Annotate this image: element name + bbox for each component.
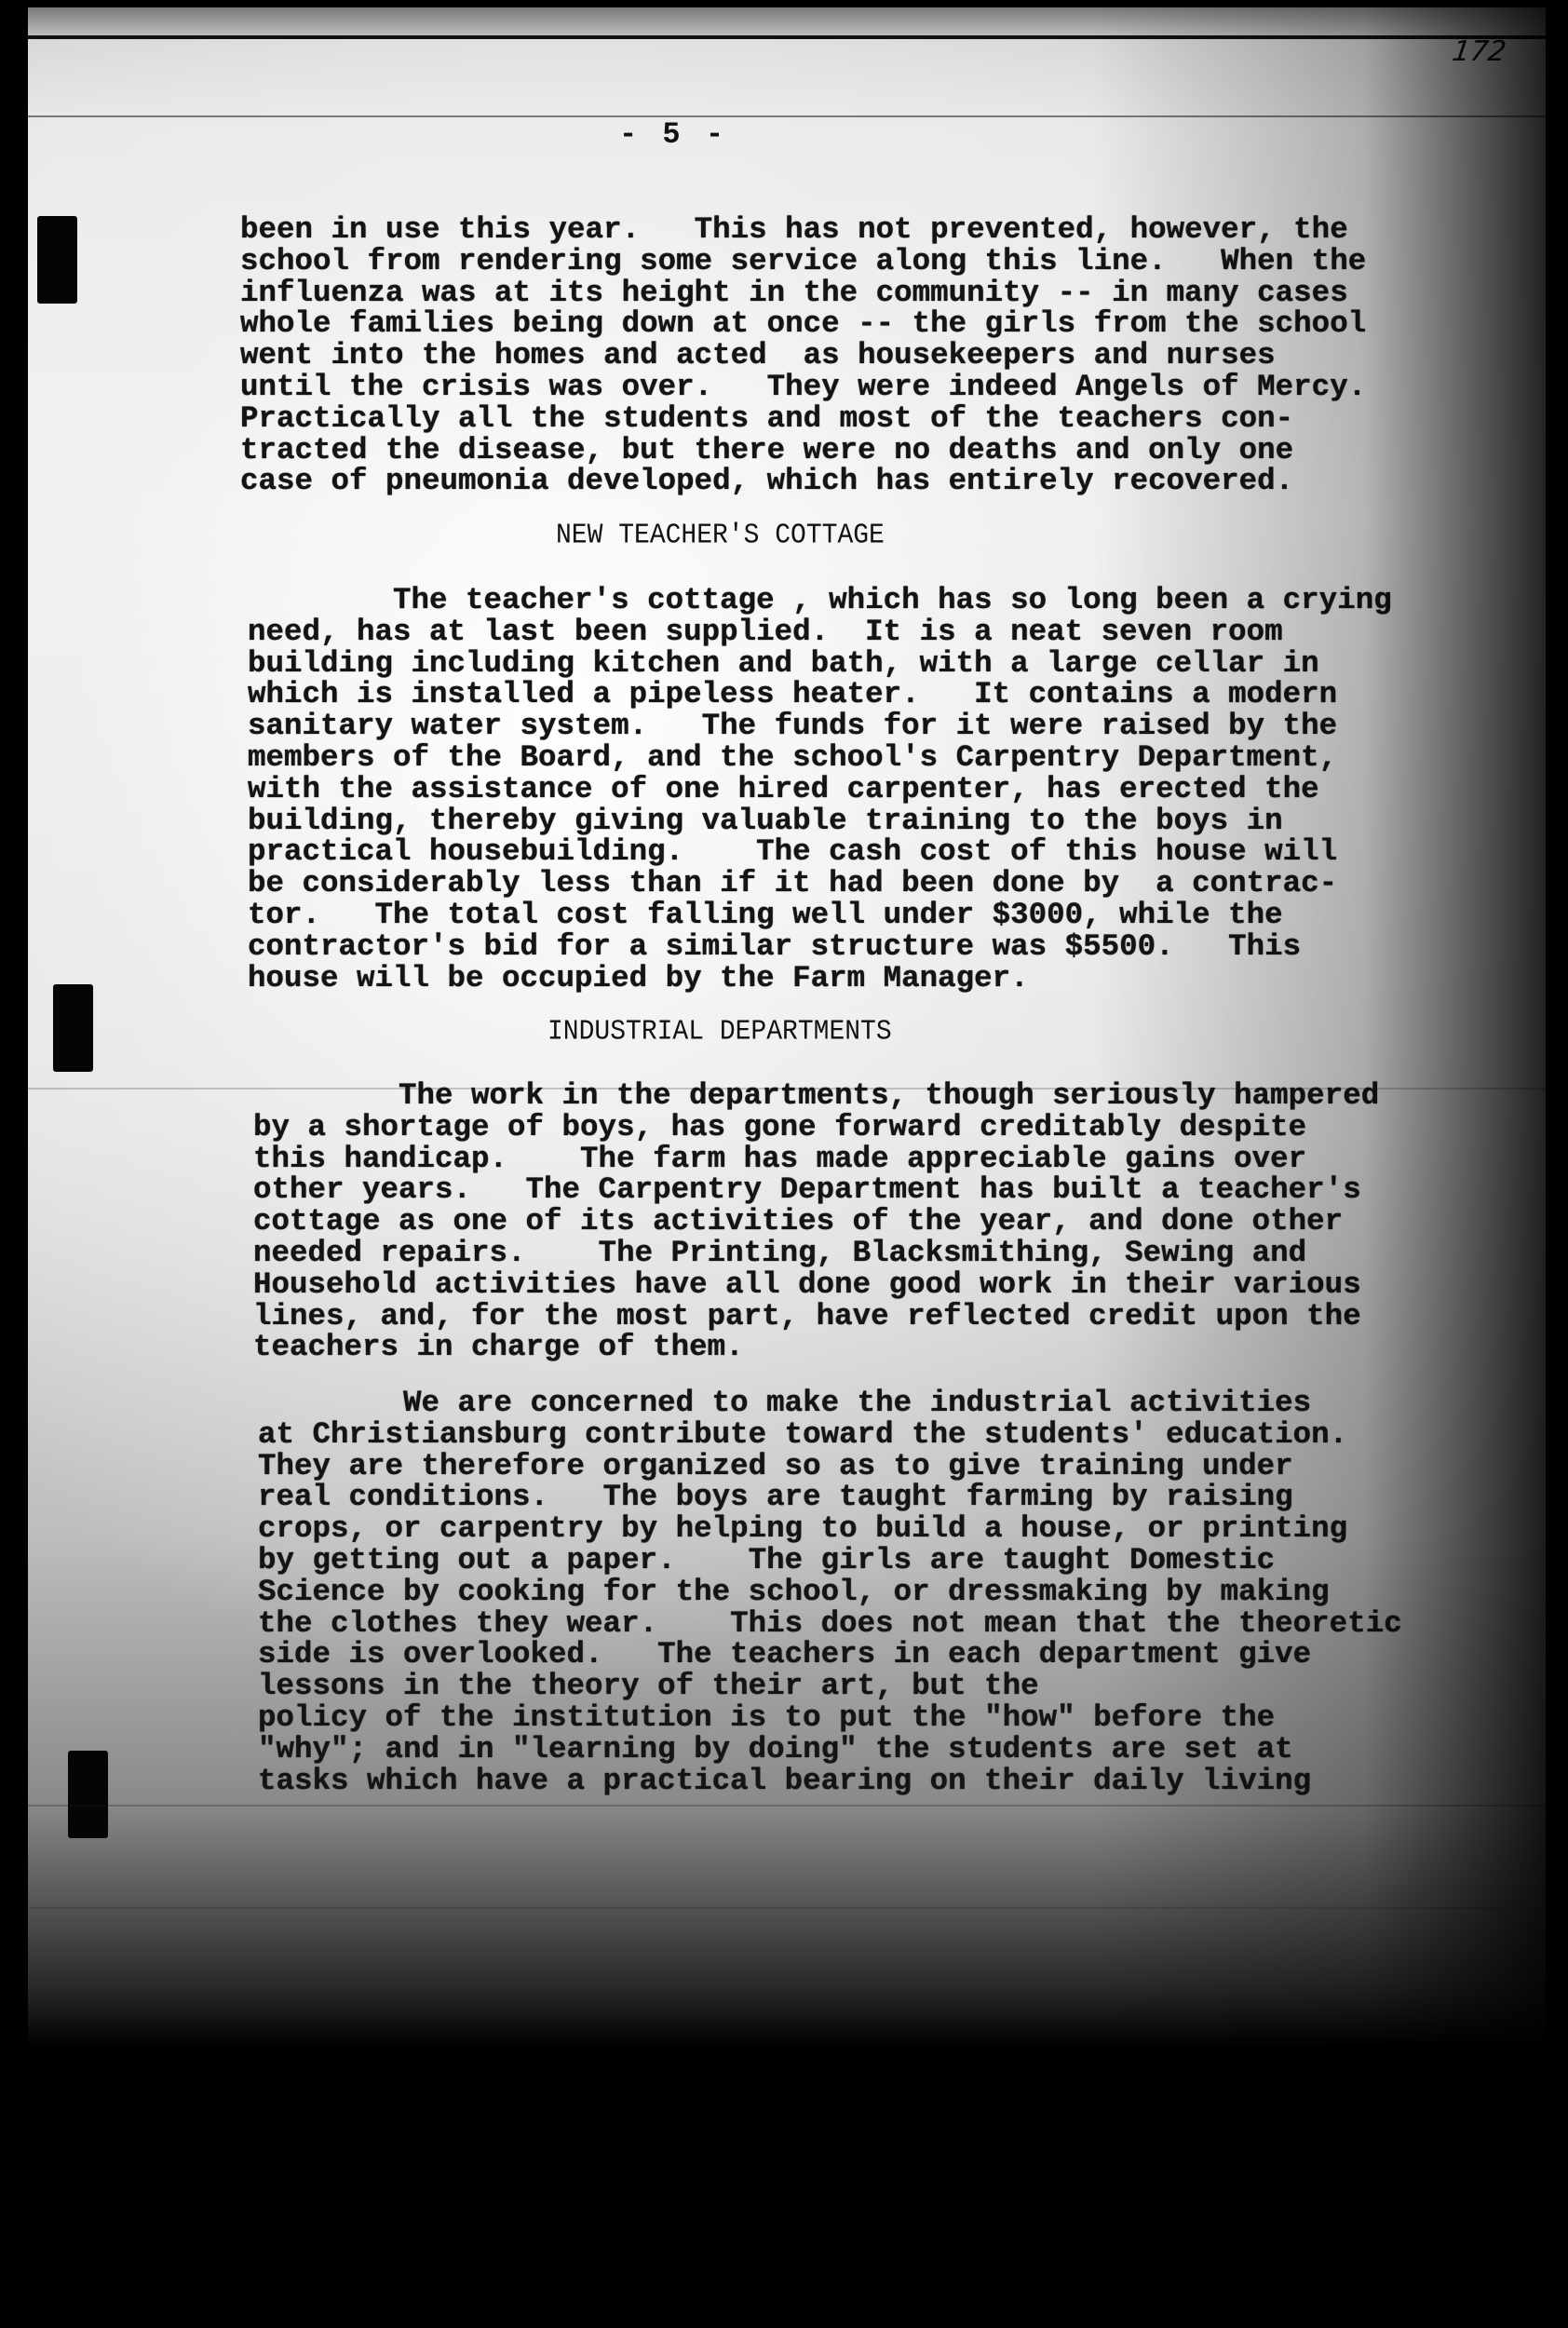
text-line: members of the Board, and the school's C… [248, 742, 1392, 774]
scan-line [28, 115, 1546, 117]
text-line: house will be occupied by the Farm Manag… [248, 963, 1392, 995]
text-line: this handicap. The farm has made appreci… [253, 1144, 1379, 1175]
text-line: cottage as one of its activities of the … [253, 1206, 1379, 1238]
paragraph-industrial-1: The work in the departments, though seri… [253, 1080, 1379, 1363]
text-line: We are concerned to make the industrial … [258, 1387, 1402, 1419]
text-line: needed repairs. The Printing, Blacksmith… [253, 1238, 1379, 1269]
text-line: crops, or carpentry by helping to build … [258, 1513, 1402, 1545]
top-edge-line [28, 35, 1546, 39]
text-line: which is installed a pipeless heater. It… [248, 679, 1392, 711]
text-line: They are therefore organized so as to gi… [258, 1451, 1402, 1482]
text-line: Practically all the students and most of… [240, 403, 1366, 435]
text-line: by getting out a paper. The girls are ta… [258, 1545, 1402, 1577]
text-line: The work in the departments, though seri… [253, 1080, 1379, 1112]
paragraph-cottage: The teacher's cottage , which has so lon… [248, 585, 1392, 994]
text-line: be considerably less than if it had been… [248, 868, 1392, 900]
text-line: The teacher's cottage , which has so lon… [248, 585, 1392, 616]
text-line: practical housebuilding. The cash cost o… [248, 836, 1392, 868]
text-line: Household activities have all done good … [253, 1269, 1379, 1301]
text-line: lessons in the theory of their art, but … [258, 1671, 1402, 1702]
paragraph-intro: been in use this year. This has not prev… [240, 214, 1366, 497]
scan-line [28, 1088, 1546, 1090]
text-line: tracted the disease, but there were no d… [240, 435, 1366, 467]
text-line: until the crisis was over. They were ind… [240, 372, 1366, 403]
text-line: contractor's bid for a similar structure… [248, 931, 1392, 963]
scan-line [28, 1907, 1546, 1909]
section-heading-new-teachers-cottage: NEW TEACHER'S COTTAGE [556, 520, 885, 551]
binder-hole-mark-2 [53, 984, 93, 1072]
text-line: by a shortage of boys, has gone forward … [253, 1112, 1379, 1144]
text-line: influenza was at its height in the commu… [240, 277, 1366, 309]
text-line: building including kitchen and bath, wit… [248, 648, 1392, 680]
scanned-page: 172 - 5 - been in use this year. This ha… [28, 7, 1546, 2047]
text-line: at Christiansburg contribute toward the … [258, 1419, 1402, 1451]
text-line: tasks which have a practical bearing on … [258, 1766, 1402, 1797]
text-line: school from rendering some service along… [240, 246, 1366, 277]
text-line: policy of the institution is to put the … [258, 1702, 1402, 1734]
text-line: went into the homes and acted as houseke… [240, 340, 1366, 372]
text-line: side is overlooked. The teachers in each… [258, 1639, 1402, 1671]
text-line: need, has at last been supplied. It is a… [248, 616, 1392, 648]
binder-hole-mark-3 [68, 1751, 108, 1838]
text-line: "why"; and in "learning by doing" the st… [258, 1734, 1402, 1766]
page-number: - 5 - [619, 117, 727, 152]
folio-number: 172 [1451, 35, 1508, 68]
text-line: lines, and, for the most part, have refl… [253, 1301, 1379, 1333]
page-top-shadow [28, 7, 1546, 35]
text-line: other years. The Carpentry Department ha… [253, 1174, 1379, 1206]
paragraph-industrial-2: We are concerned to make the industrial … [258, 1387, 1402, 1796]
binder-hole-mark-1 [37, 216, 77, 304]
text-line: case of pneumonia developed, which has e… [240, 466, 1366, 497]
text-line: real conditions. The boys are taught far… [258, 1482, 1402, 1513]
scan-line [28, 1805, 1546, 1807]
text-line: building, thereby giving valuable traini… [248, 805, 1392, 837]
section-heading-industrial-departments: INDUSTRIAL DEPARTMENTS [547, 1016, 892, 1048]
text-line: sanitary water system. The funds for it … [248, 711, 1392, 742]
text-line: the clothes they wear. This does not mea… [258, 1608, 1402, 1640]
text-line: Science by cooking for the school, or dr… [258, 1577, 1402, 1608]
text-line: been in use this year. This has not prev… [240, 214, 1366, 246]
text-line: teachers in charge of them. [253, 1332, 1379, 1363]
text-line: tor. The total cost falling well under $… [248, 900, 1392, 931]
text-line: whole families being down at once -- the… [240, 308, 1366, 340]
text-line: with the assistance of one hired carpent… [248, 774, 1392, 805]
